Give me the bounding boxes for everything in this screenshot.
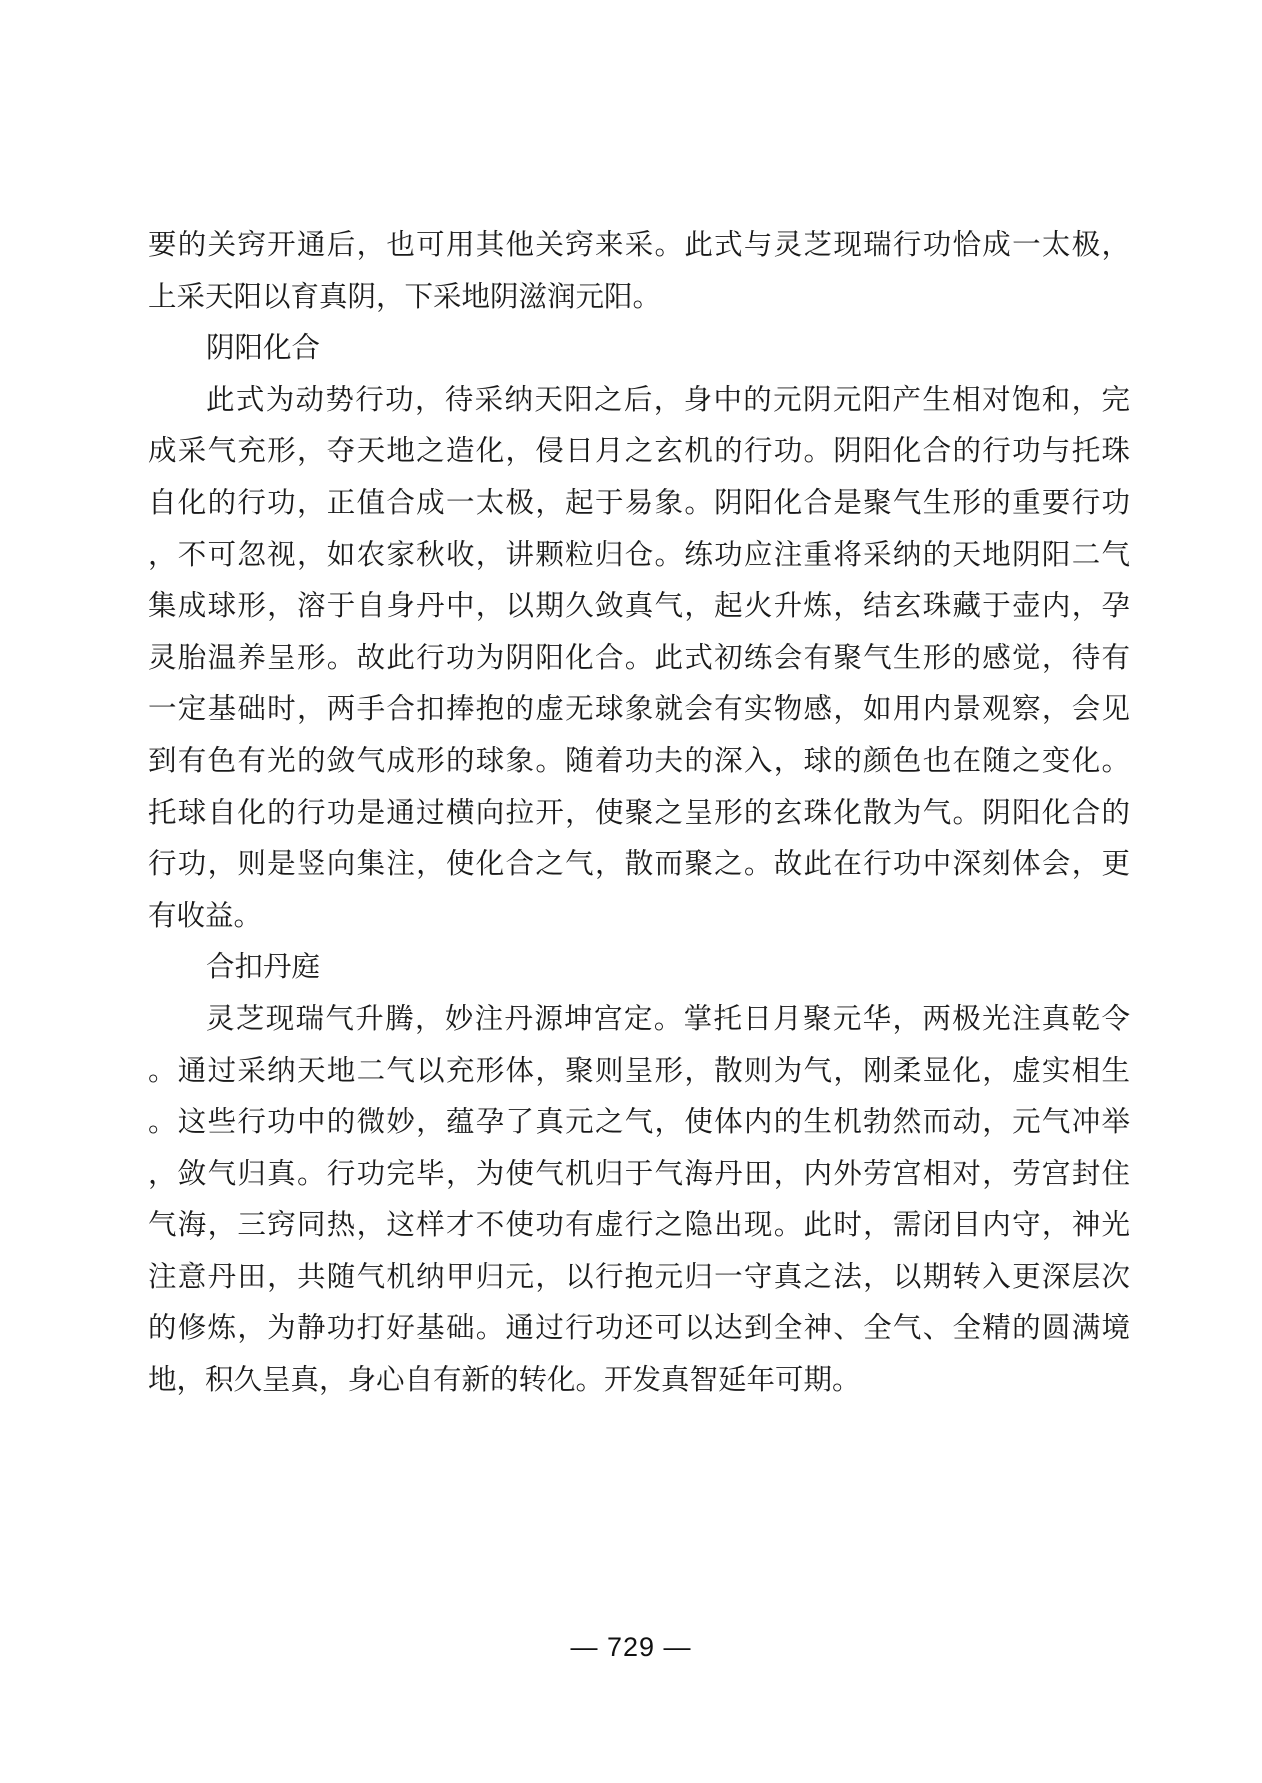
- text-line: 合扣丹庭: [148, 942, 1130, 994]
- text-line: 地，积久呈真，身心自有新的转化。开发真智延年可期。: [148, 1355, 1130, 1407]
- text-line: 要的关窍开通后，也可用其他关窍来采。此式与灵芝现瑞行功恰成一太极，: [148, 220, 1130, 272]
- text-line: 集成球形，溶于自身丹中，以期久敛真气，起火升炼，结玄珠藏于壶内，孕: [148, 581, 1130, 633]
- page-number: — 729 —: [570, 1632, 691, 1662]
- text-line: 行功，则是竖向集注，使化合之气，散而聚之。故此在行功中深刻体会，更: [148, 839, 1130, 891]
- text-line: 。这些行功中的微妙，蕴孕了真元之气，使体内的生机勃然而动，元气冲举: [148, 1097, 1130, 1149]
- text-line: ，敛气归真。行功完毕，为使气机归于气海丹田，内外劳宫相对，劳宫封住: [148, 1149, 1130, 1201]
- text-line: ，不可忽视，如农家秋收，讲颗粒归仓。练功应注重将采纳的天地阴阳二气: [148, 530, 1130, 582]
- body-text: 要的关窍开通后，也可用其他关窍来采。此式与灵芝现瑞行功恰成一太极，上采天阳以育真…: [148, 220, 1130, 1407]
- text-line: 有收益。: [148, 891, 1130, 943]
- text-line: 灵芝现瑞气升腾，妙注丹源坤宫定。掌托日月聚元华，两极光注真乾令: [148, 994, 1130, 1046]
- text-line: 。通过采纳天地二气以充形体，聚则呈形，散则为气，刚柔显化，虚实相生: [148, 1046, 1130, 1098]
- text-line: 到有色有光的敛气成形的球象。随着功夫的深入，球的颜色也在随之变化。: [148, 736, 1130, 788]
- text-line: 气海，三窍同热，这样才不使功有虚行之隐出现。此时，需闭目内守，神光: [148, 1200, 1130, 1252]
- document-page: 要的关窍开通后，也可用其他关窍来采。此式与灵芝现瑞行功恰成一太极，上采天阳以育真…: [0, 0, 1262, 1783]
- text-line: 上采天阳以育真阴，下采地阴滋润元阳。: [148, 272, 1130, 324]
- text-line: 自化的行功，正值合成一太极，起于易象。阴阳化合是聚气生形的重要行功: [148, 478, 1130, 530]
- text-line: 此式为动势行功，待采纳天阳之后，身中的元阴元阳产生相对饱和，完: [148, 375, 1130, 427]
- text-line: 注意丹田，共随气机纳甲归元，以行抱元归一守真之法，以期转入更深层次: [148, 1252, 1130, 1304]
- page-footer: — 729 —: [0, 1632, 1262, 1663]
- text-line: 灵胎温养呈形。故此行功为阴阳化合。此式初练会有聚气生形的感觉，待有: [148, 633, 1130, 685]
- text-line: 阴阳化合: [148, 323, 1130, 375]
- text-line: 的修炼，为静功打好基础。通过行功还可以达到全神、全气、全精的圆满境: [148, 1303, 1130, 1355]
- text-line: 托球自化的行功是通过横向拉开，使聚之呈形的玄珠化散为气。阴阳化合的: [148, 788, 1130, 840]
- text-line: 一定基础时，两手合扣捧抱的虚无球象就会有实物感，如用内景观察，会见: [148, 684, 1130, 736]
- text-line: 成采气充形，夺天地之造化，侵日月之玄机的行功。阴阳化合的行功与托珠: [148, 426, 1130, 478]
